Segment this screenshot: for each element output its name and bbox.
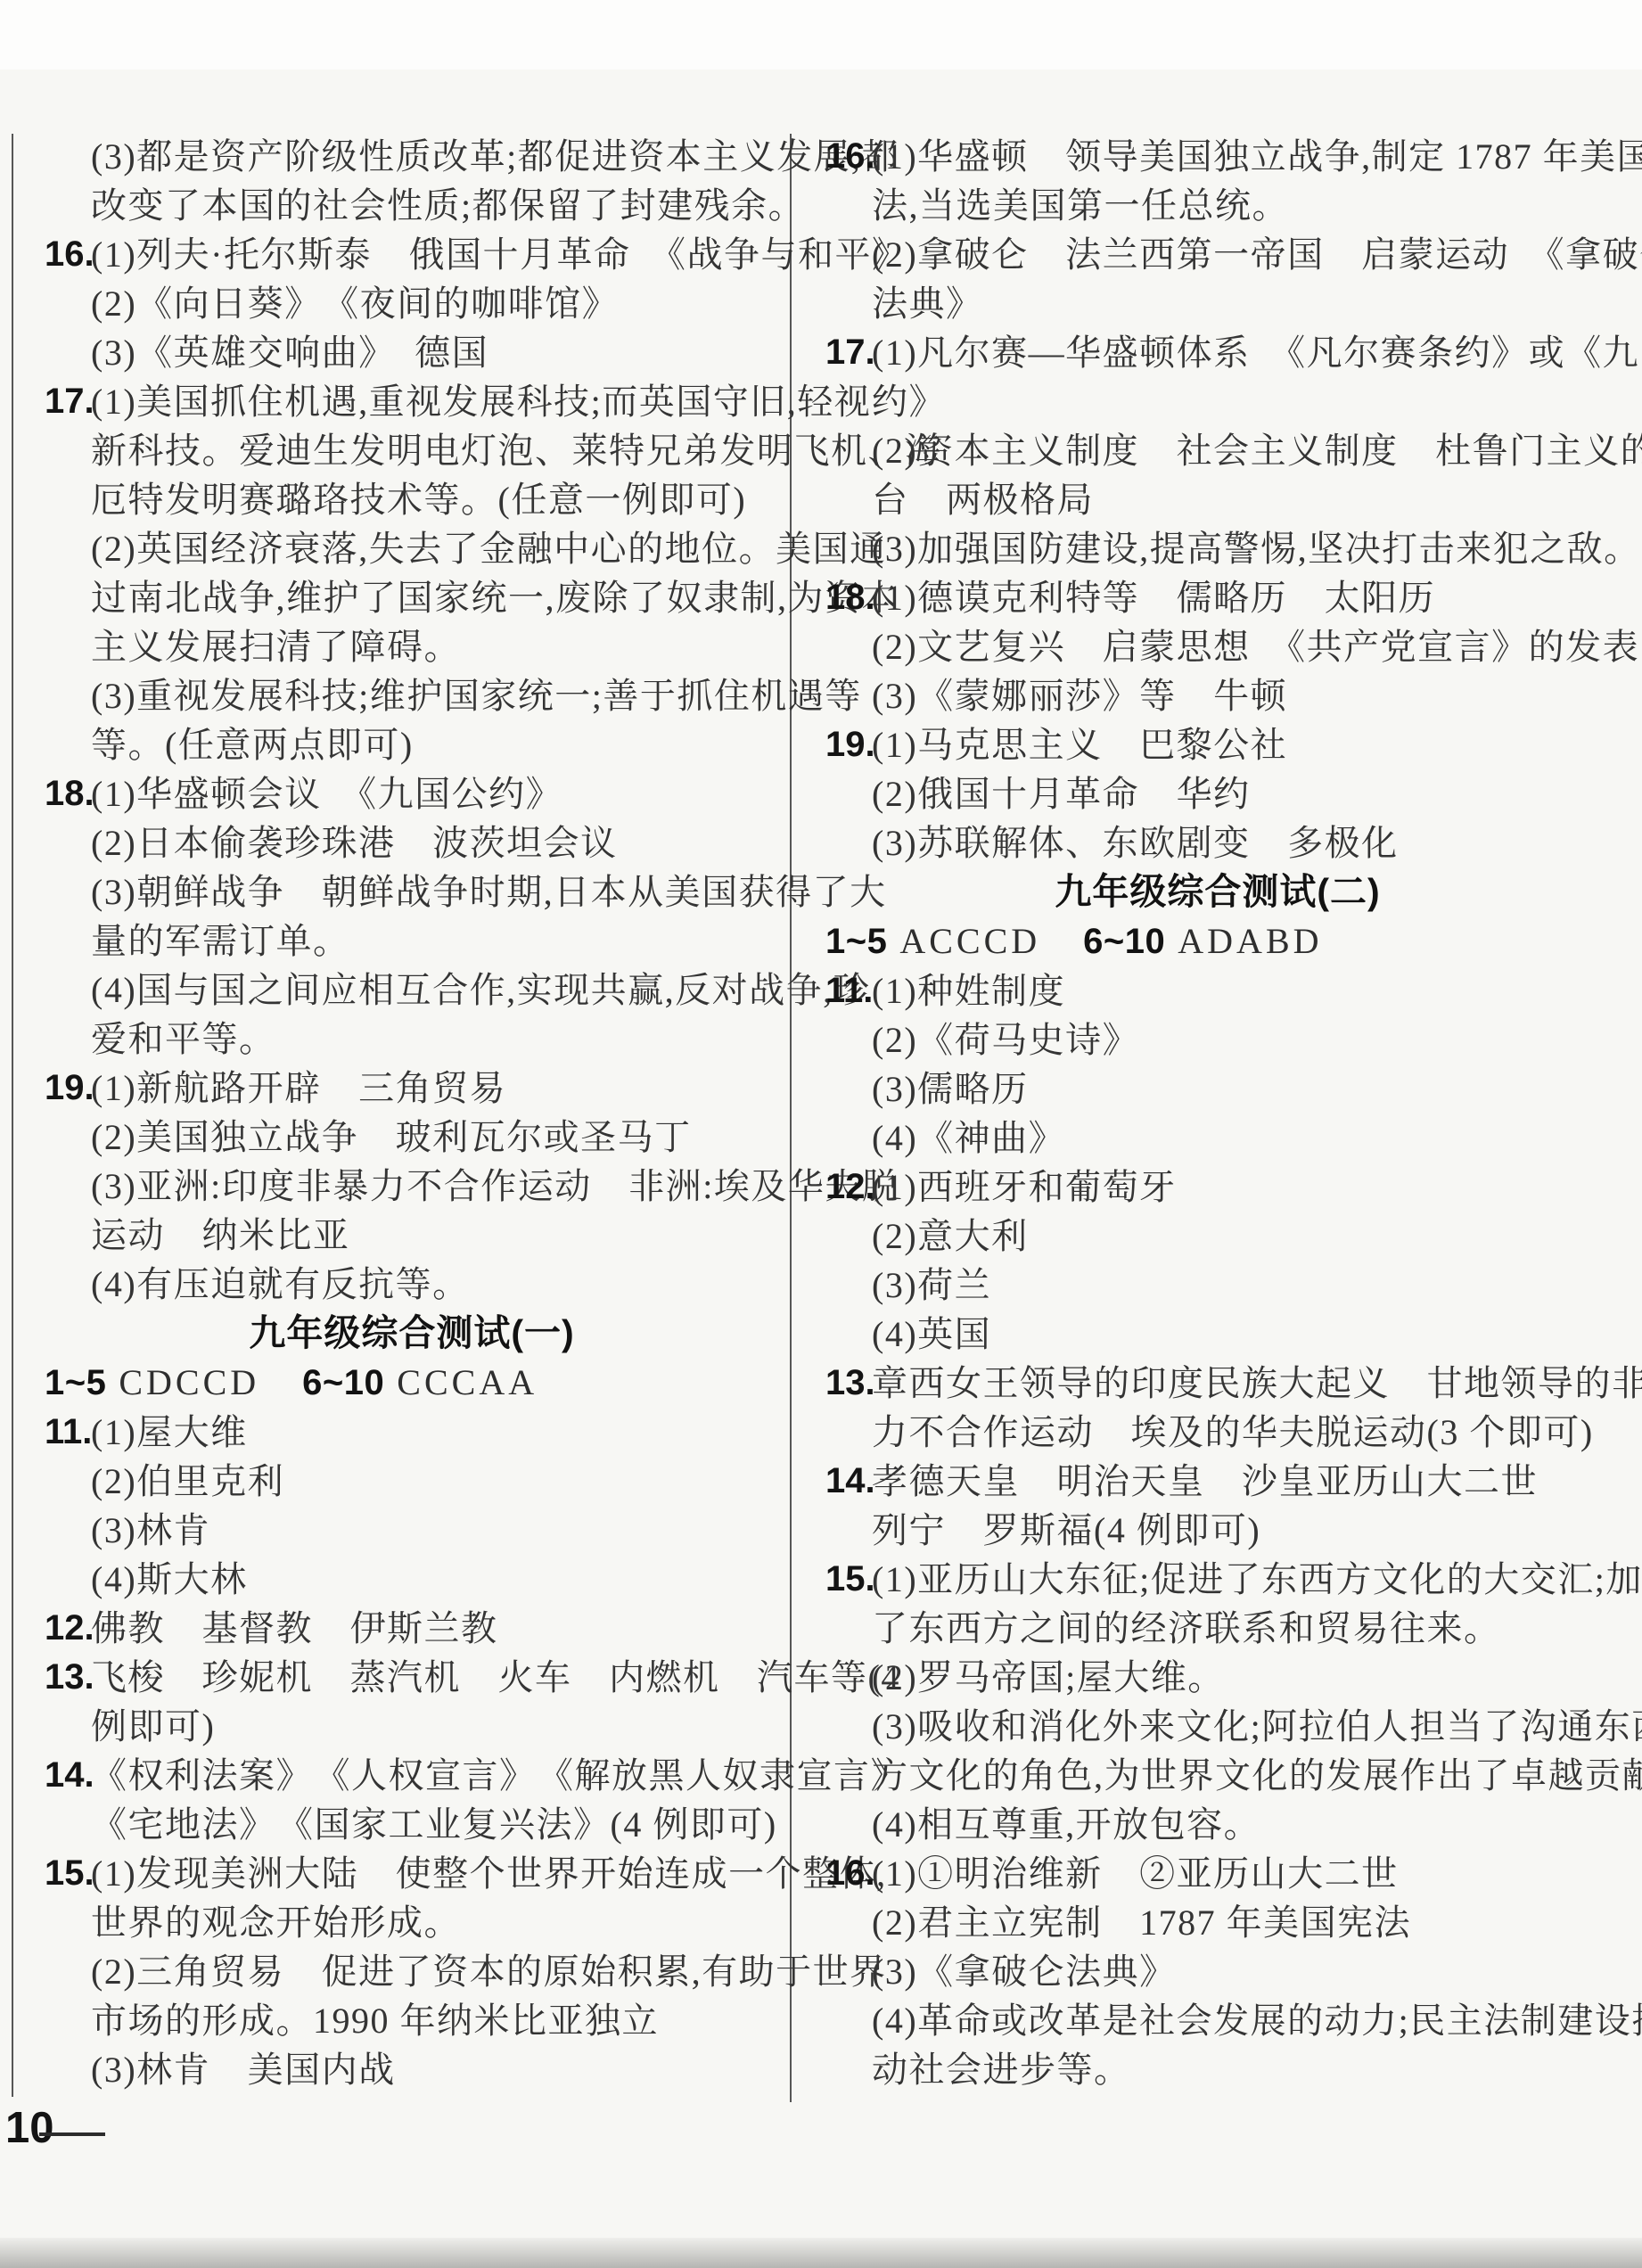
choice-letters: CCCAA [397,1362,538,1402]
answer-line: (3)《蒙娜丽莎》等 牛顿 [872,671,1610,720]
question-range-label: 6~10 [302,1363,384,1402]
choice-answers-line: 1~5CDCCD6~10CCCAA [45,1358,779,1408]
answer-item: 15.(1)发现美洲大陆 使整个世界开始连成一个整体,世界的观念开始形成。(2)… [45,1849,779,2094]
answer-line: (2)日本偷袭珍珠港 波茨坦会议 [91,818,779,867]
answer-item: 13.飞梭 珍妮机 蒸汽机 火车 内燃机 汽车等(4例即可) [45,1653,779,1751]
answers-column-right: 16.(1)华盛顿 领导美国独立战争,制定 1787 年美国宪法,当选美国第一任… [825,132,1610,2094]
answer-item: 14.孝德天皇 明治天皇 沙皇亚历山大二世列宁 罗斯福(4 例即可) [825,1457,1610,1555]
answer-line: (2)伯里克利 [91,1457,779,1506]
answer-line: 方文化的角色,为世界文化的发展作出了卓越贡献。 [872,1751,1610,1800]
answer-line: (3)林肯 [91,1506,779,1555]
answer-item: 16.(1)华盛顿 领导美国独立战争,制定 1787 年美国宪法,当选美国第一任… [825,132,1610,328]
answer-line: (4)有压迫就有反抗等。 [91,1260,779,1309]
answer-line: (2)罗马帝国;屋大维。 [872,1653,1610,1702]
answer-line: (3)苏联解体、东欧剧变 多极化 [872,818,1610,867]
item-number: 18. [825,573,875,622]
item-number: 12. [45,1604,94,1653]
answer-line: 量的军需订单。 [91,916,779,966]
answer-line: (1)凡尔赛—华盛顿体系 《凡尔赛条约》或《九国公 [872,328,1610,377]
answer-line: (1)西班牙和葡萄牙 [872,1163,1610,1212]
column-divider-rule [790,134,792,2102]
answer-line: (1)亚历山大东征;促进了东西方文化的大交汇;加强 [872,1555,1610,1604]
answer-item: 19.(1)马克思主义 巴黎公社(2)俄国十月革命 华约(3)苏联解体、东欧剧变… [825,720,1610,867]
answer-line: 主义发展扫清了障碍。 [91,622,779,671]
section-heading: 九年级综合测试(一) [45,1309,779,1358]
answer-line: (3)《英雄交响曲》 德国 [91,328,779,377]
answer-line: (1)屋大维 [91,1408,779,1457]
answer-line: 等。(任意两点即可) [91,720,779,769]
page-top-margin [0,0,1642,70]
item-number: 13. [825,1359,875,1408]
answer-line: (3)重视发展科技;维护国家统一;善于抓住机遇等 [91,671,779,720]
item-number: 15. [825,1555,875,1604]
answer-line: 《权利法案》 《人权宣言》 《解放黑人奴隶宣言》 [91,1751,779,1800]
item-number: 16. [45,230,94,279]
answer-line: (3)荷兰 [872,1261,1610,1310]
answer-item: 19.(1)新航路开辟 三角贸易(2)美国独立战争 玻利瓦尔或圣马丁(3)亚洲:… [45,1064,779,1309]
item-number: 14. [45,1751,94,1800]
answer-item: 12.佛教 基督教 伊斯兰教 [45,1604,779,1653]
section-heading: 九年级综合测试(二) [825,867,1610,916]
answer-line: 爱和平等。 [91,1015,779,1064]
question-range-label: 1~5 [825,922,887,961]
answer-line: (3)儒略历 [872,1064,1610,1113]
answer-line: (2)君主立宪制 1787 年美国宪法 [872,1898,1610,1947]
answer-line: (1)新航路开辟 三角贸易 [91,1064,779,1113]
answer-line: 章西女王领导的印度民族大起义 甘地领导的非暴 [872,1359,1610,1408]
item-number: 17. [45,377,94,426]
answer-line: (3)亚洲:印度非暴力不合作运动 非洲:埃及华夫脱 [91,1162,779,1211]
choice-letters: ACCCD [899,921,1040,961]
question-range-label: 1~5 [45,1363,106,1402]
answers-column-left: (3)都是资产阶级性质改革;都促进资本主义发展;都改变了本国的社会性质;都保留了… [45,132,779,2094]
answer-line: (2)意大利 [872,1212,1610,1261]
answer-line: 法典》 [872,279,1610,328]
item-number: 16. [825,1849,875,1898]
answer-line: 例即可) [91,1702,779,1751]
answer-line: 孝德天皇 明治天皇 沙皇亚历山大二世 [872,1457,1610,1506]
answer-line: 厄特发明赛璐珞技术等。(任意一例即可) [91,475,779,524]
answer-item: 18.(1)华盛顿会议 《九国公约》(2)日本偷袭珍珠港 波茨坦会议(3)朝鲜战… [45,769,779,1064]
item-number: 11. [825,966,873,1015]
answer-line: 世界的观念开始形成。 [91,1898,779,1947]
answer-line: (2)拿破仑 法兰西第一帝国 启蒙运动 《拿破仑 [872,230,1610,279]
answer-line: (4)《神曲》 [872,1113,1610,1163]
answer-item: 14.《权利法案》 《人权宣言》 《解放黑人奴隶宣言》《宅地法》 《国家工业复兴… [45,1751,779,1849]
answer-line: 市场的形成。1990 年纳米比亚独立 [91,1996,779,2045]
answer-line: (4)国与国之间应相互合作,实现共赢,反对战争,珍 [91,966,779,1015]
item-number: 14. [825,1457,875,1506]
answer-item: (3)都是资产阶级性质改革;都促进资本主义发展;都改变了本国的社会性质;都保留了… [45,132,779,230]
answer-line: (2)英国经济衰落,失去了金融中心的地位。美国通 [91,524,779,573]
footer-rule [39,2132,105,2136]
answer-line: 动社会进步等。 [872,2045,1610,2094]
answer-line: (3)都是资产阶级性质改革;都促进资本主义发展;都 [91,132,779,181]
answer-line: (1)美国抓住机遇,重视发展科技;而英国守旧,轻视 [91,377,779,426]
answer-line: (3)林肯 美国内战 [91,2045,779,2094]
choice-letters: ADABD [1178,921,1322,961]
answer-item: 12.(1)西班牙和葡萄牙(2)意大利(3)荷兰(4)英国 [825,1163,1610,1359]
answer-line: (1)华盛顿会议 《九国公约》 [91,769,779,818]
answer-line: (1)发现美洲大陆 使整个世界开始连成一个整体, [91,1849,779,1898]
answer-line: 过南北战争,维护了国家统一,废除了奴隶制,为资本 [91,573,779,622]
choice-answers-line: 1~5ACCCD6~10ADABD [825,916,1610,966]
answer-line: 台 两极格局 [872,475,1610,524]
answer-line: 力不合作运动 埃及的华夫脱运动(3 个即可) [872,1408,1610,1457]
answer-line: (3)吸收和消化外来文化;阿拉伯人担当了沟通东西 [872,1702,1610,1751]
answer-line: (1)列夫·托尔斯泰 俄国十月革命 《战争与和平》 [91,230,779,279]
answer-line: (4)相互尊重,开放包容。 [872,1800,1610,1849]
item-number: 19. [825,720,875,769]
answer-item: 16.(1)列夫·托尔斯泰 俄国十月革命 《战争与和平》(2)《向日葵》 《夜间… [45,230,779,377]
item-number: 13. [45,1653,94,1702]
answer-line: (2)俄国十月革命 华约 [872,769,1610,818]
question-range-label: 6~10 [1083,922,1165,961]
page-bottom-scan-edge [0,2238,1642,2268]
answer-line: (1)华盛顿 领导美国独立战争,制定 1787 年美国宪 [872,132,1610,181]
answer-item: 17.(1)美国抓住机遇,重视发展科技;而英国守旧,轻视新科技。爱迪生发明电灯泡… [45,377,779,769]
left-border-rule [12,134,13,2097]
item-number: 11. [45,1408,92,1457]
answer-line: 飞梭 珍妮机 蒸汽机 火车 内燃机 汽车等(4 [91,1653,779,1702]
answer-line: (2)文艺复兴 启蒙思想 《共产党宣言》的发表 [872,622,1610,671]
item-number: 19. [45,1064,94,1113]
answer-line: (4)英国 [872,1310,1610,1359]
answer-item: 18.(1)德谟克利特等 儒略历 太阳历(2)文艺复兴 启蒙思想 《共产党宣言》… [825,573,1610,720]
answer-line: 列宁 罗斯福(4 例即可) [872,1506,1610,1555]
answer-line: 了东西方之间的经济联系和贸易往来。 [872,1604,1610,1653]
answer-item: 15.(1)亚历山大东征;促进了东西方文化的大交汇;加强了东西方之间的经济联系和… [825,1555,1610,1849]
answer-line: (3)加强国防建设,提高警惕,坚决打击来犯之敌。 [872,524,1610,573]
answer-line: (1)①明治维新 ②亚历山大二世 [872,1849,1610,1898]
item-number: 16. [825,132,875,181]
answer-line: 法,当选美国第一任总统。 [872,181,1610,230]
answer-line: 运动 纳米比亚 [91,1211,779,1260]
item-number: 18. [45,769,94,818]
answer-line: (2)《荷马史诗》 [872,1015,1610,1064]
item-number: 15. [45,1849,94,1898]
answer-line: (3)《拿破仑法典》 [872,1947,1610,1996]
answer-line: (2)三角贸易 促进了资本的原始积累,有助于世界 [91,1947,779,1996]
answer-line: (2)《向日葵》 《夜间的咖啡馆》 [91,279,779,328]
answer-line: 佛教 基督教 伊斯兰教 [91,1604,779,1653]
answer-line: (2)美国独立战争 玻利瓦尔或圣马丁 [91,1113,779,1162]
answer-line: (1)种姓制度 [872,966,1610,1015]
answer-item: 16.(1)①明治维新 ②亚历山大二世(2)君主立宪制 1787 年美国宪法(3… [825,1849,1610,2094]
answer-item: 17.(1)凡尔赛—华盛顿体系 《凡尔赛条约》或《九国公约》(2)资本主义制度 … [825,328,1610,573]
answer-line: (2)资本主义制度 社会主义制度 杜鲁门主义的出 [872,426,1610,475]
answer-item: 13.章西女王领导的印度民族大起义 甘地领导的非暴力不合作运动 埃及的华夫脱运动… [825,1359,1610,1457]
item-number: 17. [825,328,875,377]
page-number: 10 [5,2107,54,2150]
choice-letters: CDCCD [119,1362,259,1402]
answer-item: 11.(1)屋大维(2)伯里克利(3)林肯(4)斯大林 [45,1408,779,1604]
item-number: 12. [825,1163,875,1212]
answer-line: (1)德谟克利特等 儒略历 太阳历 [872,573,1610,622]
answer-item: 11.(1)种姓制度(2)《荷马史诗》(3)儒略历(4)《神曲》 [825,966,1610,1163]
answer-line: (3)朝鲜战争 朝鲜战争时期,日本从美国获得了大 [91,867,779,916]
answer-line: 《宅地法》 《国家工业复兴法》(4 例即可) [91,1800,779,1849]
answer-line: 新科技。爱迪生发明电灯泡、莱特兄弟发明飞机、海 [91,426,779,475]
answer-line: (4)革命或改革是社会发展的动力;民主法制建设推 [872,1996,1610,2045]
answer-line: (4)斯大林 [91,1555,779,1604]
answer-line: (1)马克思主义 巴黎公社 [872,720,1610,769]
answer-line: 约》 [872,377,1610,426]
answer-line: 改变了本国的社会性质;都保留了封建残余。 [91,181,779,230]
